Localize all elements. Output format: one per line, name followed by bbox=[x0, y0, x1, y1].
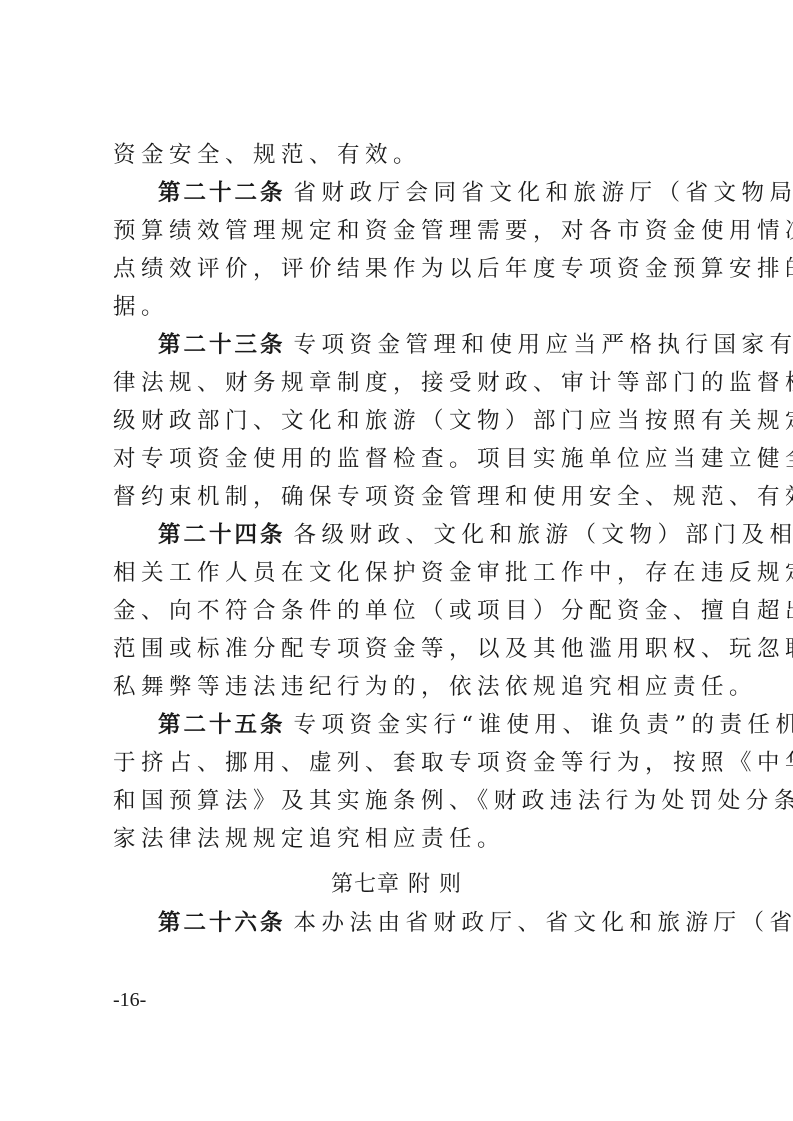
line-text: 对专项资金使用的监督检查。项目实施单位应当建立健全内部监 bbox=[113, 446, 793, 472]
article-number: 第二十六条 bbox=[158, 910, 286, 936]
article-25: 第二十五条专项资金实行“谁使用、谁负责”的责任机制，对 bbox=[113, 706, 703, 744]
text-line: 律法规、财务规章制度，接受财政、审计等部门的监督检查。各 bbox=[113, 364, 703, 402]
text-line: 家法律法规规定追究相应责任。 bbox=[113, 820, 703, 858]
line-text: 本办法由省财政厅、省文化和旅游厅（省文物局） bbox=[294, 910, 793, 936]
line-text: 家法律法规规定追究相应责任。 bbox=[113, 826, 505, 852]
page-number: -16- bbox=[113, 985, 146, 1015]
article-26: 第二十六条本办法由省财政厅、省文化和旅游厅（省文物局） bbox=[113, 904, 703, 942]
line-text: 金、向不符合条件的单位（或项目）分配资金、擅自超出规定的 bbox=[113, 598, 793, 624]
line-text: 范围或标准分配专项资金等，以及其他滥用职权、玩忽职守、徇 bbox=[113, 636, 793, 662]
document-page: 资金安全、规范、有效。 第二十二条省财政厅会同省文化和旅游厅（省文物局）按照 预… bbox=[0, 0, 793, 1121]
text-line: 于挤占、挪用、虚列、套取专项资金等行为，按照《中华人民共 bbox=[113, 744, 703, 782]
text-line: 范围或标准分配专项资金等，以及其他滥用职权、玩忽职守、徇 bbox=[113, 630, 703, 668]
line-text: 专项资金管理和使用应当严格执行国家有关法 bbox=[294, 332, 793, 358]
line-text: 级财政部门、文化和旅游（文物）部门应当按照有关规定，加强 bbox=[113, 408, 793, 434]
text-line: 级财政部门、文化和旅游（文物）部门应当按照有关规定，加强 bbox=[113, 402, 703, 440]
text-line: 据。 bbox=[113, 288, 703, 326]
line-text: 预算绩效管理规定和资金管理需要，对各市资金使用情况开展重 bbox=[113, 218, 793, 244]
article-22: 第二十二条省财政厅会同省文化和旅游厅（省文物局）按照 bbox=[113, 174, 703, 212]
text-line: 金、向不符合条件的单位（或项目）分配资金、擅自超出规定的 bbox=[113, 592, 703, 630]
text-line: 预算绩效管理规定和资金管理需要，对各市资金使用情况开展重 bbox=[113, 212, 703, 250]
line-text: 资金安全、规范、有效。 bbox=[113, 142, 421, 168]
line-text: 律法规、财务规章制度，接受财政、审计等部门的监督检查。各 bbox=[113, 370, 793, 396]
text-line: 和国预算法》及其实施条例、《财政违法行为处罚处分条例》等国 bbox=[113, 782, 703, 820]
line-text: 相关工作人员在文化保护资金审批工作中，存在违反规定分配资 bbox=[113, 560, 793, 586]
article-24: 第二十四条各级财政、文化和旅游（文物）部门及相关单位、 bbox=[113, 516, 703, 554]
article-number: 第二十四条 bbox=[158, 522, 286, 548]
line-text: 各级财政、文化和旅游（文物）部门及相关单位、 bbox=[294, 522, 793, 548]
line-text: 和国预算法》及其实施条例、《财政违法行为处罚处分条例》等国 bbox=[113, 788, 793, 814]
article-number: 第二十五条 bbox=[158, 712, 286, 738]
line-text: 省财政厅会同省文化和旅游厅（省文物局）按照 bbox=[294, 180, 793, 206]
article-number: 第二十二条 bbox=[158, 180, 286, 206]
line-text: 私舞弊等违法违纪行为的，依法依规追究相应责任。 bbox=[113, 674, 757, 700]
text-line: 资金安全、规范、有效。 bbox=[113, 136, 703, 174]
text-line: 点绩效评价，评价结果作为以后年度专项资金预算安排的重要依 bbox=[113, 250, 703, 288]
chapter-heading: 第七章 附 则 bbox=[0, 866, 793, 904]
line-text: 据。 bbox=[113, 294, 169, 320]
text-line: 私舞弊等违法违纪行为的，依法依规追究相应责任。 bbox=[113, 668, 703, 706]
line-text: 于挤占、挪用、虚列、套取专项资金等行为，按照《中华人民共 bbox=[113, 750, 793, 776]
line-text: 督约束机制，确保专项资金管理和使用安全、规范、有效。 bbox=[113, 484, 793, 510]
text-line: 对专项资金使用的监督检查。项目实施单位应当建立健全内部监 bbox=[113, 440, 703, 478]
line-text: 专项资金实行“谁使用、谁负责”的责任机制，对 bbox=[294, 712, 793, 738]
article-number: 第二十三条 bbox=[158, 332, 286, 358]
text-line: 督约束机制，确保专项资金管理和使用安全、规范、有效。 bbox=[113, 478, 703, 516]
text-line: 相关工作人员在文化保护资金审批工作中，存在违反规定分配资 bbox=[113, 554, 703, 592]
line-text: 点绩效评价，评价结果作为以后年度专项资金预算安排的重要依 bbox=[113, 256, 793, 282]
article-23: 第二十三条专项资金管理和使用应当严格执行国家有关法 bbox=[113, 326, 703, 364]
